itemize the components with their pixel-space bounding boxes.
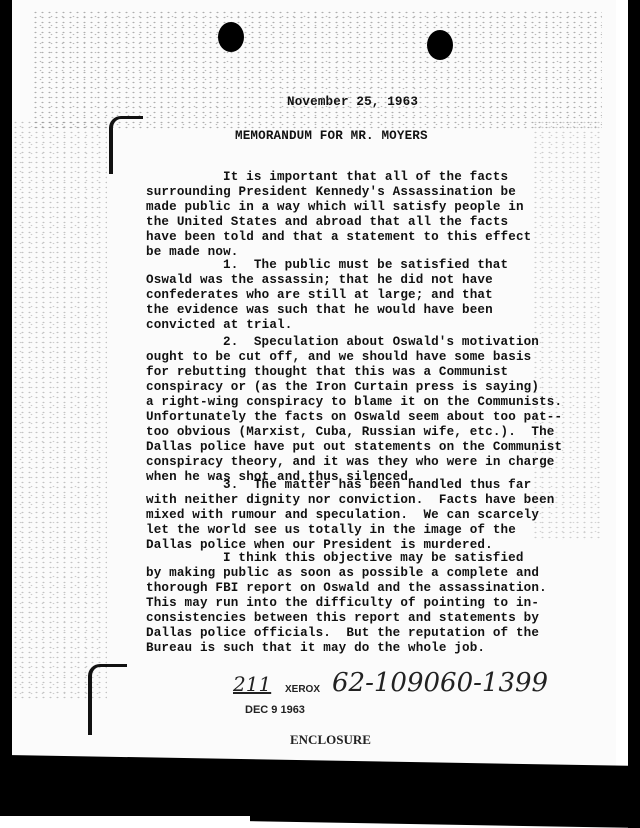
margin-bracket-bottom — [88, 664, 127, 735]
punch-hole-right — [427, 30, 453, 60]
memo-title: MEMORANDUM FOR MR. MOYERS — [235, 129, 428, 144]
margin-bracket-top — [109, 116, 143, 174]
date-stamp: DEC 9 1963 — [245, 704, 305, 716]
handwritten-file-number: 62-109060-1399 — [332, 668, 548, 698]
memo-date: November 25, 1963 — [287, 95, 418, 110]
xerox-stamp: XEROX — [285, 684, 320, 695]
handwritten-initials: 211 — [233, 672, 271, 696]
scan-border-left — [0, 0, 12, 828]
scan-border-right — [628, 0, 640, 828]
scanned-document: November 25, 1963 MEMORANDUM FOR MR. MOY… — [0, 0, 640, 828]
scan-noise-right — [532, 120, 602, 540]
scan-noise-top — [32, 10, 602, 130]
scan-noise-left — [12, 120, 107, 700]
enclosure-stamp: ENCLOSURE — [290, 732, 371, 748]
scan-bottom-edge — [0, 816, 250, 828]
punch-hole-left — [218, 22, 244, 52]
